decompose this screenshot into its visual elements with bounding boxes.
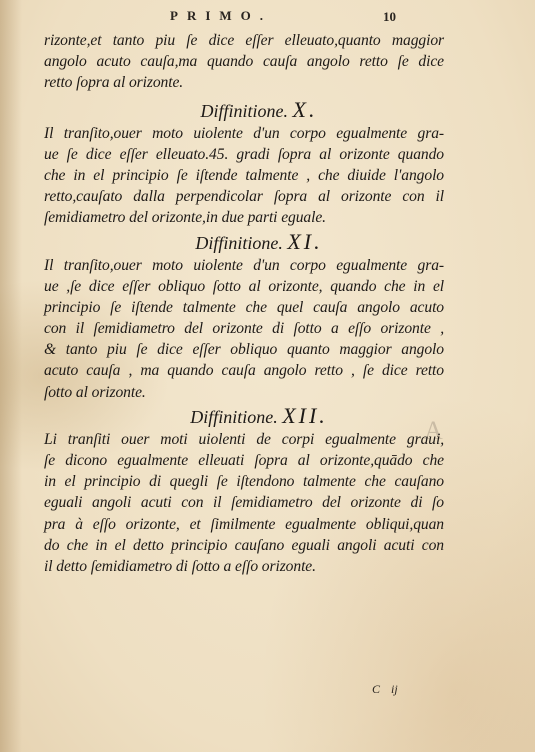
running-head: PRIMO. 10 [0,8,535,28]
text-line: in el principio di quegli ſe iſtendono t… [44,471,444,492]
text-line: con il ſemidiametro del orizonte di ſott… [44,318,444,339]
text-block: rizonte,et tanto piu ſe dice eſſer elleu… [44,30,444,577]
definition-x: Diffinitione. X. Il tranſito,ouer moto u… [44,97,444,229]
definition-heading: Diffinitione. XII. [74,403,444,429]
definition-heading: Diffinitione. X. [74,97,444,123]
heading-label: Diffinitione. [201,101,289,121]
text-line: ſemidiametro del orizonte,in due parti e… [44,207,444,228]
text-line: rizonte,et tanto piu ſe dice eſſer elleu… [44,30,444,51]
text-line: Li tranſiti ouer moti uiolenti de corpi … [44,429,444,450]
text-line: ſotto al orizonte. [44,382,444,403]
definition-xii: Diffinitione. XII. Li tranſiti ouer moti… [44,403,444,577]
signature-mark: C ij [372,682,398,697]
definition-heading: Diffinitione. XI. [74,229,444,255]
text-line: che in el principio ſe iſtende talmente … [44,165,444,186]
text-line: do che in el detto principio cauſano egu… [44,535,444,556]
heading-label: Diffinitione. [190,407,278,427]
text-line: angolo acuto cauſa,ma quando cauſa angol… [44,51,444,72]
text-line: retto ſopra al orizonte. [44,72,444,93]
text-line: ue ,ſe dice eſſer obliquo ſotto al orizo… [44,276,444,297]
text-line: pra à eſſo orizonte, et ſimilmente egual… [44,514,444,535]
continuation-paragraph: rizonte,et tanto piu ſe dice eſſer elleu… [44,30,444,94]
text-line: acuto cauſa , ma quando cauſa angolo ret… [44,360,444,381]
heading-numeral: XI. [287,229,322,254]
text-line: il detto ſemidiametro di ſotto a eſſo or… [44,556,444,577]
running-title: PRIMO. [170,8,272,24]
text-line: & tanto piu ſe dice eſſer obliquo quanto… [44,339,444,360]
text-line: eguali angoli acuti con il ſemidiametro … [44,492,444,513]
book-page: A PRIMO. 10 rizonte,et tanto piu ſe dice… [0,0,535,752]
heading-label: Diffinitione. [195,233,283,253]
heading-numeral: XII. [282,403,328,428]
gutter-shadow [0,0,22,752]
text-line: Il tranſito,ouer moto uiolente d'un corp… [44,123,444,144]
text-line: Il tranſito,ouer moto uiolente d'un corp… [44,255,444,276]
text-line: retto,cauſato dalla perpendicolar ſopra … [44,186,444,207]
heading-numeral: X. [293,97,318,122]
text-line: ſe dicono egualmente elleuati ſopra al o… [44,450,444,471]
text-line: principio ſe iſtende talmente che quel c… [44,297,444,318]
page-number: 10 [383,9,396,25]
text-line: ue ſe dice eſſer elleuato.45. gradi ſopr… [44,144,444,165]
definition-xi: Diffinitione. XI. Il tranſito,ouer moto … [44,229,444,403]
